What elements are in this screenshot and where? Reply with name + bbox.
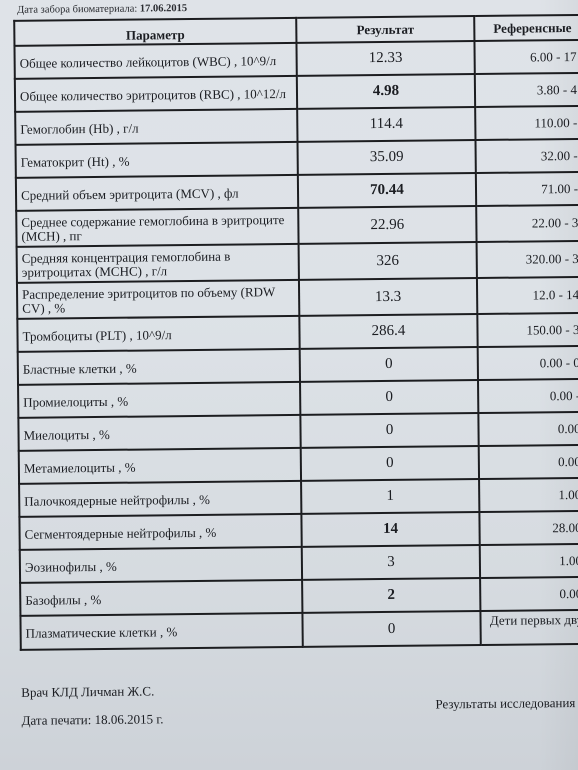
reference-cell: 0.00 [480,576,578,611]
result-cell: 0 [302,611,480,647]
result-cell: 0 [301,446,479,481]
parameter-cell: Базофилы , % [20,580,302,616]
parameter-cell: Миелоциты , % [18,415,300,451]
reference-cell: Дети первых дву для детей и [480,609,578,645]
lab-report-page: Дата забора биоматериала: 17.06.2015 Пар… [0,0,578,770]
table-row: Распределение эритроцитов по объему (RDW… [17,276,578,318]
reference-cell: 0.00 [479,444,578,479]
result-cell: 0 [300,347,478,382]
reference-cell: 110.00 - [475,105,578,140]
parameter-cell: Палочкоядерные нейтрофилы , % [19,481,301,517]
parameter-cell: Промиелоциты , % [18,382,300,418]
result-cell: 326 [299,242,477,280]
result-cell: 4.98 [297,74,475,109]
parameter-cell: Общее количество эритроцитов (RBC) , 10^… [15,76,297,112]
results-table-body: Общее количество лейкоцитов (WBC) , 10^9… [14,39,578,649]
column-header-result: Результат [296,16,474,43]
reference-cell: 6.00 - 17 [474,39,578,74]
parameter-cell: Гематокрит (Ht) , % [16,142,298,178]
doctor-signature: Врач КЛД Личман Ж.С. [21,683,154,700]
reference-cell: 0.00 [478,411,578,446]
parameter-cell: Общее количество лейкоцитов (WBC) , 10^9… [14,43,296,79]
table-row: Плазматические клетки , %0Дети первых дв… [20,609,578,649]
reference-cell: 1.00 [480,543,578,578]
parameter-cell: Метамиелоциты , % [19,448,301,484]
result-cell: 0 [300,380,478,415]
collection-date-label: Дата забора биоматериала: [17,4,137,16]
reference-cell: 22.00 - 3 [476,204,578,242]
parameter-cell: Тромбоциты (PLT) , 10^9/л [17,316,299,352]
table-row: Среднее содержание гемоглобина в эритроц… [16,204,578,246]
result-cell: 0 [300,413,478,448]
result-cell: 1 [301,479,479,514]
reference-cell: 0.00 - 0 [478,345,578,380]
result-cell: 3 [302,545,480,580]
result-cell: 286.4 [299,314,477,349]
results-note: Результаты исследования [435,695,575,712]
collection-date-value: 17.06.2015 [140,3,187,14]
print-date: Дата печати: 18.06.2015 г. [21,711,163,728]
reference-cell: 1.00 [479,477,578,512]
reference-cell: 28.00 [479,510,578,545]
parameter-cell: Среднее содержание гемоглобина в эритроц… [16,208,298,247]
table-row: Средняя концентрация гемоглобина в эритр… [17,240,578,282]
parameter-cell: Сегментоядерные нейтрофилы , % [19,514,301,550]
result-cell: 14 [301,512,479,547]
parameter-cell: Плазматические клетки , % [20,613,302,650]
parameter-cell: Распределение эритроцитов по объему (RDW… [17,280,299,319]
reference-cell: 32.00 - [475,138,578,173]
column-header-parameter: Параметр [14,18,296,46]
column-header-reference: Референсные [474,14,578,41]
result-cell: 70.44 [298,173,476,208]
result-cell: 22.96 [298,206,476,244]
parameter-cell: Средний объем эритроцита (MCV) , фл [16,175,298,211]
parameter-cell: Средняя концентрация гемоглобина в эритр… [17,244,299,283]
result-cell: 12.33 [296,41,474,76]
reference-cell: 12.0 - 14 [477,276,578,314]
result-cell: 2 [302,578,480,613]
reference-cell: 71.00 - [476,171,578,206]
reference-cell: 3.80 - 4 [475,72,578,107]
reference-cell: 320.00 - 3 [477,240,578,278]
collection-date: Дата забора биоматериала: 17.06.2015 [17,3,187,16]
result-cell: 13.3 [299,278,477,316]
reference-cell: 0.00 - [478,378,578,413]
result-cell: 114.4 [297,107,475,142]
results-table: Параметр Результат Референсные Общее кол… [13,13,578,650]
reference-cell: 150.00 - 3 [477,312,578,347]
parameter-cell: Гемоглобин (Hb) , г/л [15,109,297,145]
parameter-cell: Бластные клетки , % [18,349,300,385]
parameter-cell: Эозинофилы , % [20,547,302,583]
result-cell: 35.09 [298,140,476,175]
